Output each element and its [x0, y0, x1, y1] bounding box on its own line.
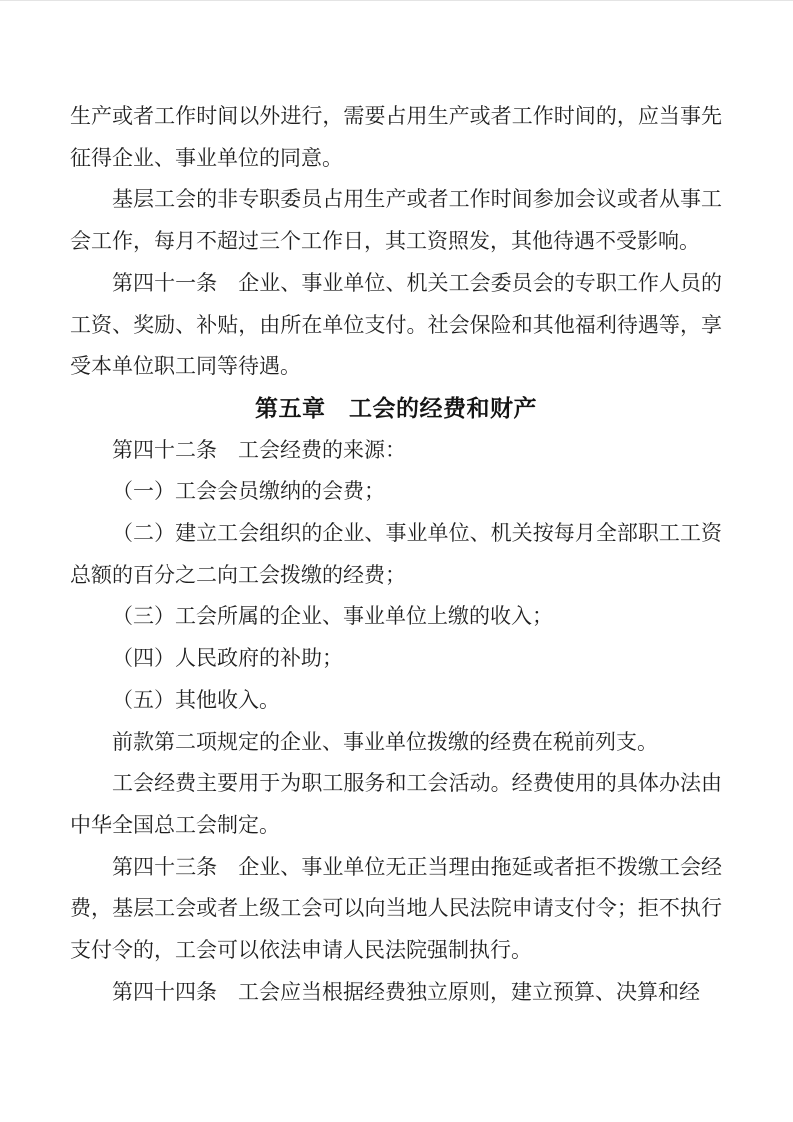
body-paragraph-continuation: 生产或者工作时间以外进行，需要占用生产或者工作时间的，应当事先征得企业、事业单位… [70, 96, 722, 179]
body-paragraph: 第四十一条 企业、事业单位、机关工会委员会的专职工作人员的工资、奖励、补贴，由所… [70, 263, 722, 388]
body-paragraph: 前款第二项规定的企业、事业单位拨缴的经费在税前列支。 [70, 722, 722, 764]
body-paragraph: 工会经费主要用于为职工服务和工会活动。经费使用的具体办法由中华全国总工会制定。 [70, 763, 722, 846]
body-paragraph: 第四十四条 工会应当根据经费独立原则，建立预算、决算和经 [70, 972, 722, 1014]
document-page: 生产或者工作时间以外进行，需要占用生产或者工作时间的，应当事先征得企业、事业单位… [0, 0, 793, 1122]
body-paragraph: （二）建立工会组织的企业、事业单位、机关按每月全部职工工资总额的百分之二向工会拨… [70, 513, 722, 596]
body-paragraph: （四）人民政府的补助； [70, 638, 722, 680]
body-paragraph: 第四十三条 企业、事业单位无正当理由拖延或者拒不拨缴工会经费，基层工会或者上级工… [70, 847, 722, 972]
body-paragraph: 第四十二条 工会经费的来源： [70, 430, 722, 472]
body-paragraph: 基层工会的非专职委员占用生产或者工作时间参加会议或者从事工会工作，每月不超过三个… [70, 179, 722, 262]
body-paragraph: （五）其他收入。 [70, 680, 722, 722]
chapter-heading: 第五章 工会的经费和财产 [70, 388, 722, 430]
body-paragraph: （一）工会会员缴纳的会费； [70, 471, 722, 513]
document-body: 生产或者工作时间以外进行，需要占用生产或者工作时间的，应当事先征得企业、事业单位… [70, 96, 722, 1013]
body-paragraph: （三）工会所属的企业、事业单位上缴的收入； [70, 596, 722, 638]
